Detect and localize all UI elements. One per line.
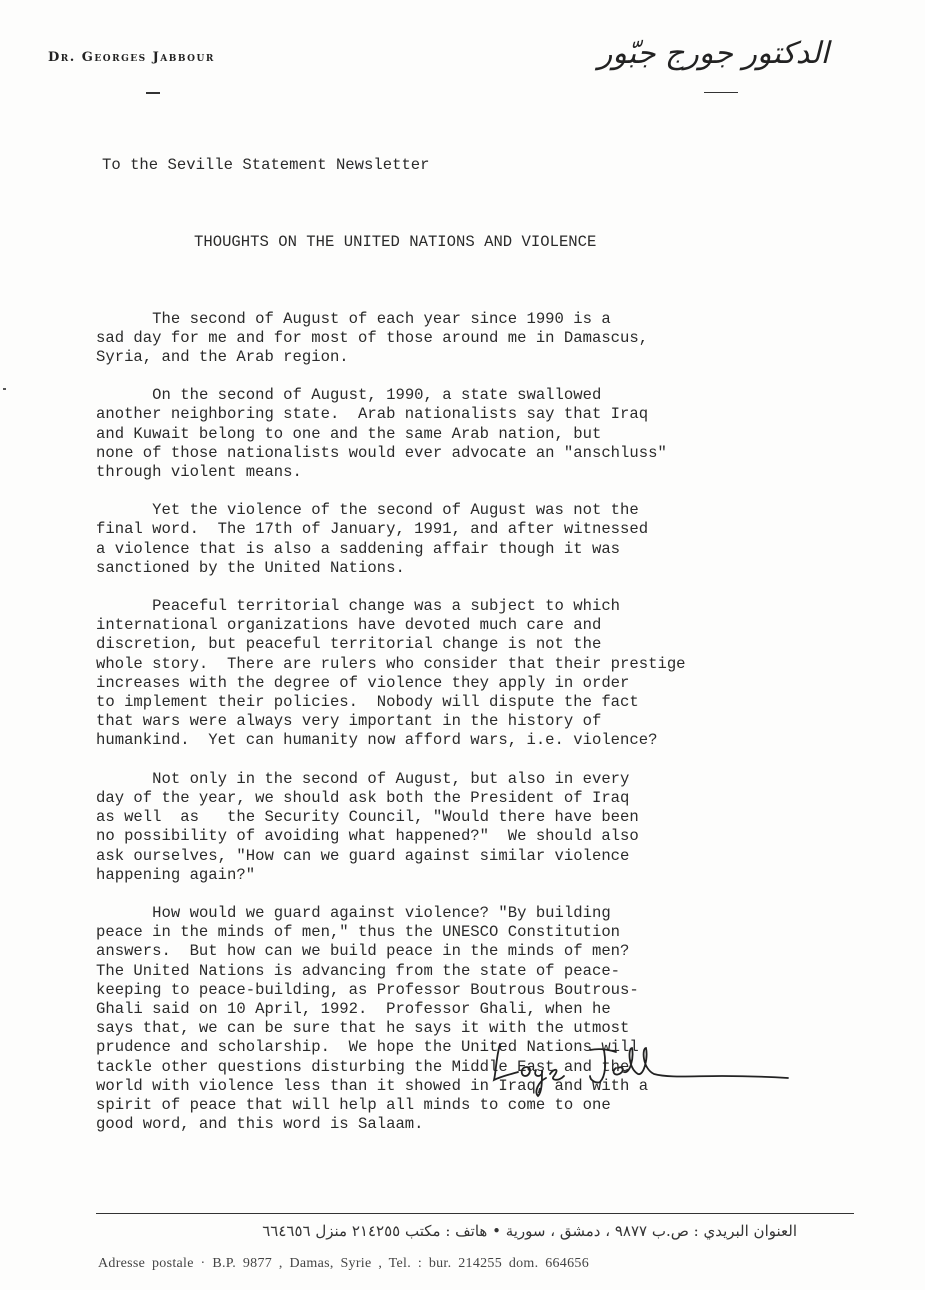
letter-title: THOUGHTS ON THE UNITED NATIONS AND VIOLE… — [194, 233, 856, 252]
paragraph-3: Yet the violence of the second of August… — [96, 501, 856, 578]
text-line: good word, and this word is Salaam. — [96, 1115, 856, 1134]
letter-body: To the Seville Statement Newsletter THOU… — [96, 118, 856, 1154]
paragraph-4: Peaceful territorial change was a subjec… — [96, 597, 856, 751]
text-line: Syria, and the Arab region. — [96, 348, 856, 367]
text-line: to implement their policies. Nobody will… — [96, 693, 856, 712]
letterhead-dash-right — [704, 92, 738, 93]
text-line: peace in the minds of men," thus the UNE… — [96, 923, 856, 942]
letterhead-arabic-name: الدكتور جورج جبّور — [598, 36, 829, 71]
text-line: increases with the degree of violence th… — [96, 674, 856, 693]
text-line: Peaceful territorial change was a subjec… — [96, 597, 856, 616]
text-line: sad day for me and for most of those aro… — [96, 329, 856, 348]
text-line: ask ourselves, "How can we guard against… — [96, 847, 856, 866]
text-line: keeping to peace-building, as Professor … — [96, 981, 856, 1000]
text-line: none of those nationalists would ever ad… — [96, 444, 856, 463]
text-line: whole story. There are rulers who consid… — [96, 655, 856, 674]
scan-speck — [3, 388, 6, 390]
text-line: How would we guard against violence? "By… — [96, 904, 856, 923]
paragraph-5: Not only in the second of August, but al… — [96, 770, 856, 885]
text-line: through violent means. — [96, 463, 856, 482]
text-line: final word. The 17th of January, 1991, a… — [96, 520, 856, 539]
letterhead-name: Dr. Georges Jabbour — [48, 50, 215, 65]
text-line: international organizations have devoted… — [96, 616, 856, 635]
text-line: day of the year, we should ask both the … — [96, 789, 856, 808]
text-line: another neighboring state. Arab national… — [96, 405, 856, 424]
text-line: happening again?" — [96, 866, 856, 885]
text-line: a violence that is also a saddening affa… — [96, 540, 856, 559]
text-line: as well as the Security Council, "Would … — [96, 808, 856, 827]
letter-paragraphs: The second of August of each year since … — [96, 310, 856, 1135]
paragraph-6: How would we guard against violence? "By… — [96, 904, 856, 1134]
text-line: humankind. Yet can humanity now afford w… — [96, 731, 856, 750]
text-line: no possibility of avoiding what happened… — [96, 827, 856, 846]
text-line: answers. But how can we build peace in t… — [96, 942, 856, 961]
text-line: Yet the violence of the second of August… — [96, 501, 856, 520]
text-line: On the second of August, 1990, a state s… — [96, 386, 856, 405]
signature-icon — [492, 1038, 792, 1098]
text-line: spirit of peace that will help all minds… — [96, 1096, 856, 1115]
text-line: discretion, but peaceful territorial cha… — [96, 635, 856, 654]
text-line: Not only in the second of August, but al… — [96, 770, 856, 789]
footer-arabic-address: العنوان البريدي : ص.ب ٩٨٧٧ ، دمشق ، سوري… — [262, 1222, 797, 1240]
recipient-line: To the Seville Statement Newsletter — [102, 156, 856, 175]
letterhead-dash-left — [146, 92, 160, 94]
paragraph-1: The second of August of each year since … — [96, 310, 856, 368]
text-line: Ghali said on 10 April, 1992. Professor … — [96, 1000, 856, 1019]
text-line: The second of August of each year since … — [96, 310, 856, 329]
footer-divider — [96, 1213, 854, 1214]
footer-latin-address: Adresse postale · B.P. 9877 , Damas, Syr… — [98, 1256, 589, 1272]
paragraph-2: On the second of August, 1990, a state s… — [96, 386, 856, 482]
text-line: sanctioned by the United Nations. — [96, 559, 856, 578]
text-line: that wars were always very important in … — [96, 712, 856, 731]
text-line: The United Nations is advancing from the… — [96, 962, 856, 981]
text-line: says that, we can be sure that he says i… — [96, 1019, 856, 1038]
text-line: and Kuwait belong to one and the same Ar… — [96, 425, 856, 444]
